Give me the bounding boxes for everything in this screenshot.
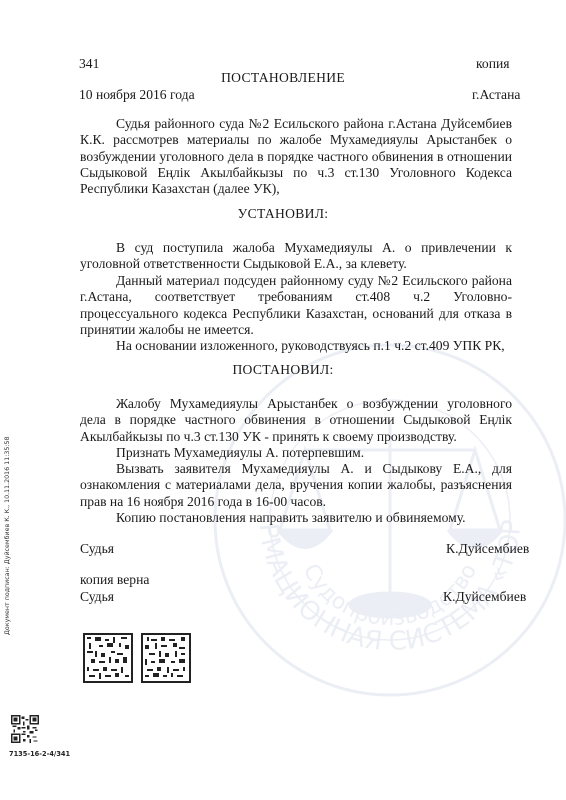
established-paragraph-2: Данный материал подсуден районному суду … [80, 273, 512, 338]
document-code: 7135-16-2-4/341 [9, 750, 70, 758]
signature-role-2: Судья [80, 589, 114, 605]
resolved-paragraph-1: Жалобу Мухамедияулы Арыстанбек о возбужд… [80, 396, 512, 445]
established-paragraph-3: На основании изложенного, руководствуясь… [80, 338, 512, 354]
digital-signature-note: Документ подписан: Дуйсембиев К. К., 10.… [4, 437, 11, 635]
signature-role: Судья [80, 541, 114, 557]
resolved-paragraph-2: Признать Мухамедияулы А. потерпевшим. [80, 445, 512, 461]
qr-code-2 [141, 633, 191, 683]
copy-true-label: копия верна [80, 572, 149, 588]
document-title: ПОСТАНОВЛЕНИЕ [0, 70, 566, 86]
established-paragraph-1: В суд поступила жалоба Мухамедияулы А. о… [80, 240, 512, 273]
resolved-paragraph-4: Копию постановления направить заявителю … [80, 510, 512, 526]
qr-code-1 [83, 633, 133, 683]
document-qr-code [11, 715, 39, 743]
document-city: г.Астана [472, 87, 520, 103]
signature-name-2: К.Дуйсембиев [443, 589, 526, 605]
resolved-paragraph-3: Вызвать заявителя Мухамедияулы А. и Сыды… [80, 461, 512, 510]
document-date: 10 ноября 2016 года [79, 87, 195, 103]
signature-name: К.Дуйсембиев [446, 541, 529, 557]
section-heading-resolved: ПОСТАНОВИЛ: [0, 362, 566, 378]
section-heading-established: УСТАНОВИЛ: [0, 206, 566, 222]
intro-paragraph: Судья районного суда №2 Есильского район… [80, 116, 512, 197]
